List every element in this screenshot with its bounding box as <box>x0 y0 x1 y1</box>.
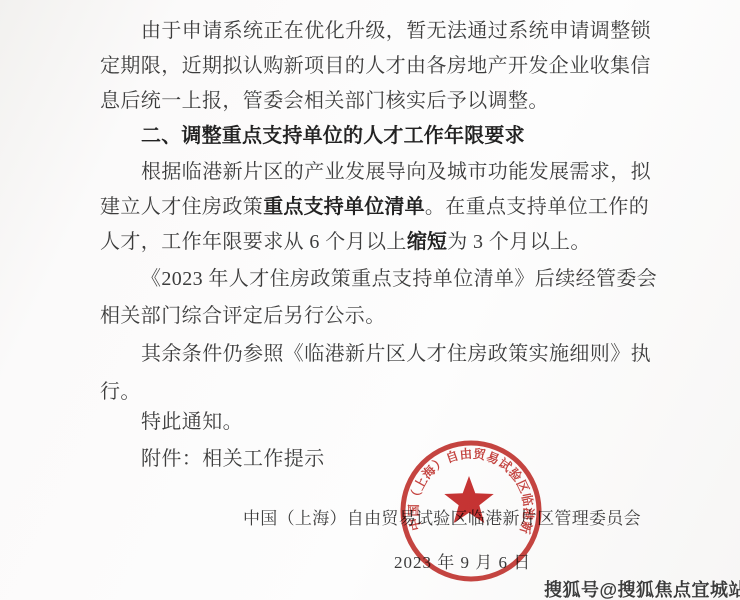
watermark-label: 搜狐号@搜狐焦点宜城站 <box>544 576 740 600</box>
body-line: 建立人才住房政策重点支持单位清单。在重点支持单位工作的 <box>100 195 640 220</box>
body-line: 行。 <box>100 380 640 405</box>
red-star-icon <box>444 476 493 523</box>
section-heading: 二、调整重点支持单位的人才工作年限要求 <box>141 124 681 149</box>
body-line: 其余条件仍参照《临港新片区人才住房政策实施细则》执 <box>141 342 681 367</box>
body-line: 定期限，近期拟认购新项目的人才由各房地产开发企业收集信 <box>100 54 640 79</box>
bold-phrase: 缩短 <box>407 231 447 253</box>
body-line: 人才，工作年限要求从 6 个月以上缩短为 3 个月以上。 <box>100 230 640 255</box>
body-line: 息后统一上报，管委会相关部门核实后予以调整。 <box>100 89 640 114</box>
document-page: 由于申请系统正在优化升级，暂无法通过系统申请调整锁 定期限，近期拟认购新项目的人… <box>0 0 740 600</box>
body-line: 由于申请系统正在优化升级，暂无法通过系统申请调整锁 <box>141 19 681 44</box>
closing-line: 特此通知。 <box>141 410 681 435</box>
bold-phrase: 重点支持单位清单 <box>263 196 425 218</box>
body-line: 相关部门综合评定后另行公示。 <box>100 304 640 329</box>
body-line: 《2023 年人才住房政策重点支持单位清单》后续经管委会 <box>141 267 681 292</box>
body-line: 根据临港新片区的产业发展导向及城市功能发展需求，拟 <box>141 160 681 185</box>
official-seal: 中国（上海）自由贸易试验区临港新片区管理委员会 <box>396 436 546 586</box>
